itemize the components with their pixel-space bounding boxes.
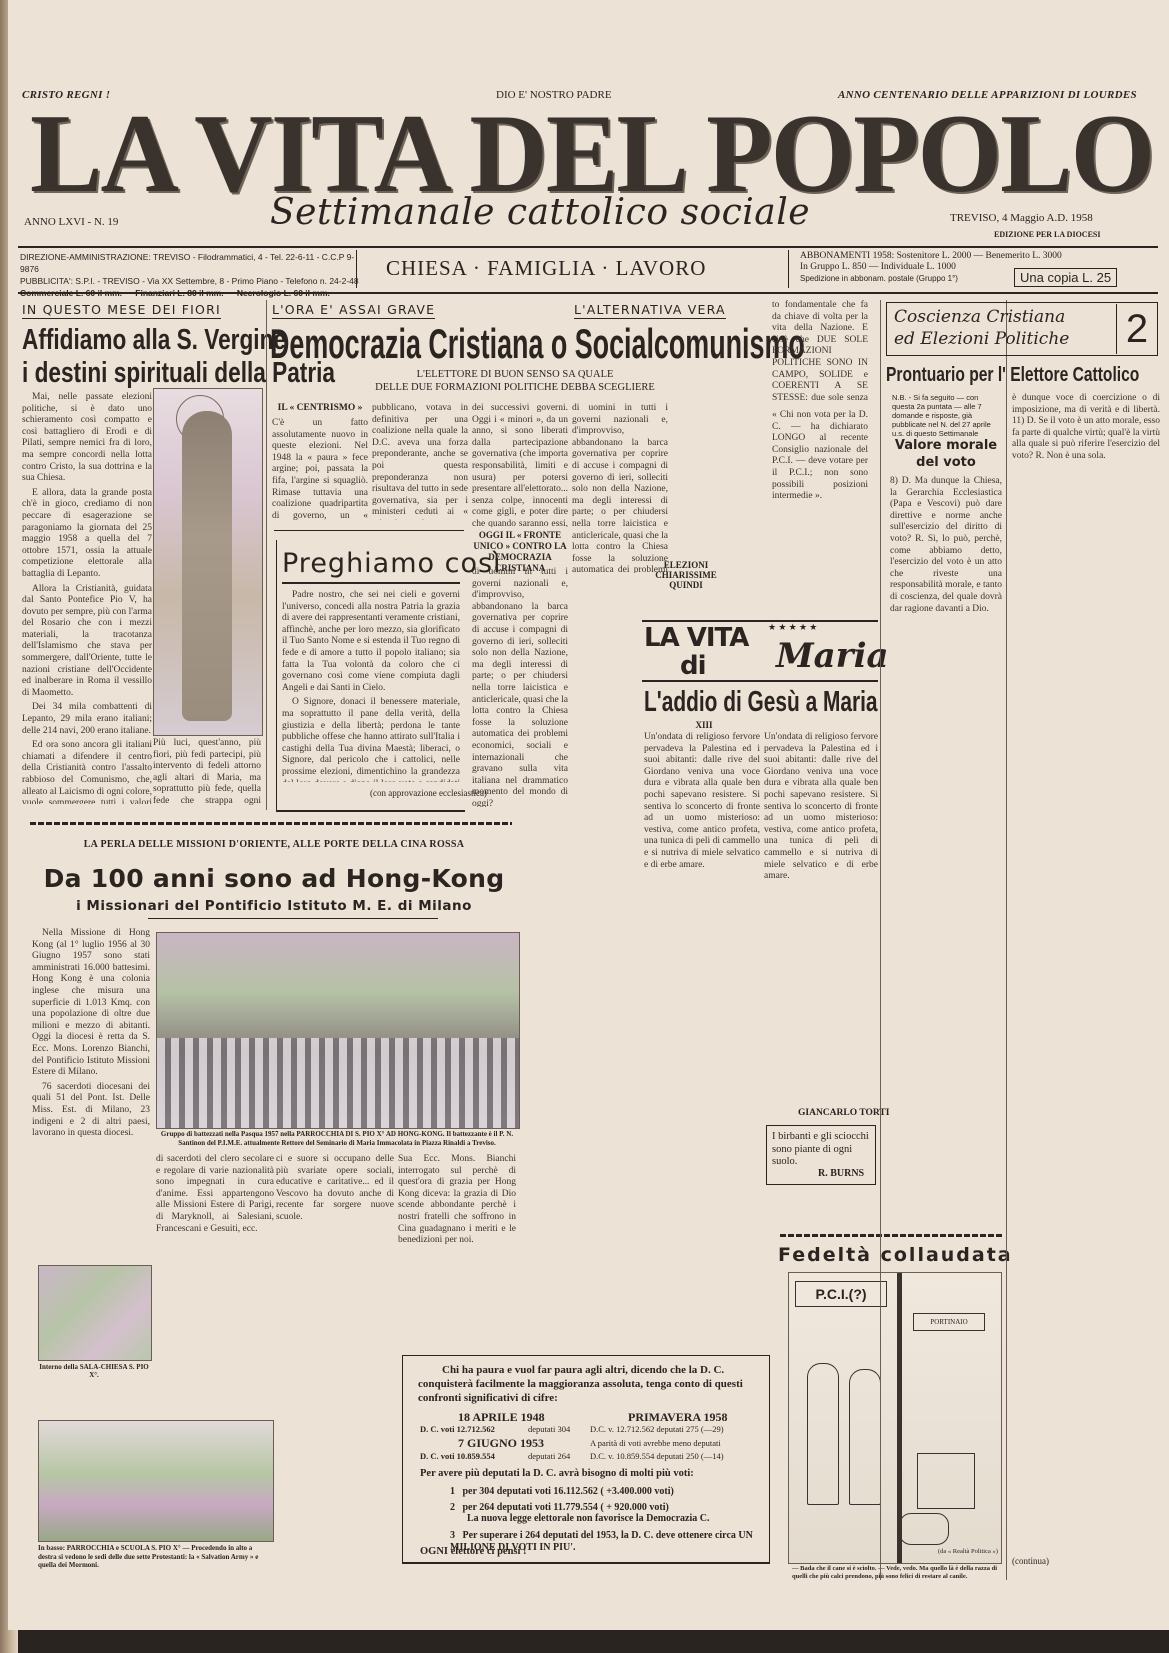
deputies-1948: deputati 304 bbox=[528, 1424, 570, 1434]
dc-col-5: to fondamentale che fa da chiave di volt… bbox=[772, 300, 868, 400]
dc-col-2: pubblicano, votava in definitiva per una… bbox=[372, 403, 468, 520]
dc-col-1: C'è un fatto assolutamente nuovo in ques… bbox=[272, 418, 368, 520]
figure-2-shape bbox=[849, 1369, 881, 1505]
quote-text: I birbanti e gli sciocchi sono piante di… bbox=[772, 1131, 870, 1169]
item-text: per 304 deputati voti 16.112.562 ( +3.40… bbox=[463, 1486, 674, 1497]
prontuario-body-right: è dunque voce di coercizione o di imposi… bbox=[1012, 393, 1160, 1553]
price-badge: Una copia L. 25 bbox=[1014, 268, 1117, 287]
baptism-group-photo bbox=[156, 932, 520, 1129]
newspaper-title: LA VITA DEL POPOLO bbox=[30, 104, 1097, 204]
vita-maria-logo-di: di bbox=[644, 652, 748, 680]
dc-1958-row-2: D.C. v. 10.859.554 deputati 250 (—14) bbox=[590, 1451, 724, 1461]
subhead-missionari: i Missionari del Pontificio Istituto M. … bbox=[24, 898, 524, 914]
dc-col-4: di uomini in tutti i governi nazionali e… bbox=[572, 403, 668, 573]
part-number: 2 bbox=[1116, 304, 1157, 354]
kicker-alternativa-vera: L'ALTERNATIVA VERA bbox=[574, 302, 726, 319]
stars-icon: ★ ★ ★ ★ ★ bbox=[768, 622, 817, 633]
dc-votes-1953: D. C. voti 10.859.554 bbox=[420, 1451, 495, 1461]
coscienza-title: Coscienza Cristiana ed Elezioni Politich… bbox=[894, 306, 1069, 350]
vita-maria-script: Maria bbox=[776, 636, 889, 676]
subhead-elezioni-chiarissime: ELEZIONI CHIARISSIME QUINDI bbox=[638, 560, 734, 590]
dc-col-3b: di uomini in tutti i governi nazionali e… bbox=[472, 567, 568, 807]
hong-kong-col-a: di sacerdoti del clero secolare e regola… bbox=[156, 1154, 274, 1334]
headline-hong-kong: Da 100 anni sono ad Hong-Kong bbox=[24, 864, 524, 893]
headline-dc-socialcomunismo: Democrazia Cristiana o Socialcomunismo bbox=[270, 320, 805, 368]
item-number: 1 bbox=[450, 1486, 455, 1497]
election-item-1: 1 per 304 deputati voti 16.112.562 ( +3.… bbox=[450, 1486, 674, 1497]
subs-line-1: ABBONAMENTI 1958: Sostenitore L. 2000 — … bbox=[800, 251, 1160, 262]
more-votes-needed: Per avere più deputati la D. C. avrà bis… bbox=[420, 1468, 694, 1479]
admin-address: DIREZIONE-AMMINISTRAZIONE: TREVISO - Fil… bbox=[20, 251, 360, 275]
prayer-title: Preghiamo così bbox=[282, 548, 502, 579]
prayer-approval: (con approvazione ecclesiastica) bbox=[370, 788, 487, 798]
school-building-photo bbox=[38, 1420, 274, 1542]
dc-col-5b: « Chi non vota per la D. C. — ha dichiar… bbox=[772, 410, 868, 570]
chapter-number: XIII bbox=[644, 720, 764, 730]
dc-deck: L'ELETTORE DI BUON SENSO SA QUALE DELLE … bbox=[272, 368, 758, 394]
subhead-valore-morale: Valore morale del voto bbox=[888, 437, 1004, 471]
vita-maria-body-2: Un'ondata di religioso fervore pervadeva… bbox=[764, 732, 878, 1092]
vita-maria-body-1: Un'ondata di religioso fervore pervadeva… bbox=[644, 732, 760, 1212]
headline-addio-gesu: L'addio di Gesù a Maria bbox=[644, 686, 878, 719]
election-intro: Chi ha paura e vuol far paura agli altri… bbox=[418, 1363, 758, 1405]
dc-deck-line-2: DELLE DUE FORMAZIONI POLITICHE DEBBA SCE… bbox=[272, 381, 758, 394]
school-caption: In basso: PARROCCHIA e SCUOLA S. PIO X° … bbox=[38, 1544, 272, 1570]
quote-author: R. BURNS bbox=[818, 1168, 864, 1179]
election-closing: OGNI elettore ci pensi ! bbox=[420, 1546, 527, 1557]
ads-address: PUBBLICITA': S.P.I. - TREVISO - Via XX S… bbox=[20, 275, 360, 287]
kicker-perla-missioni: LA PERLA DELLE MISSIONI D'ORIENTE, ALLE … bbox=[24, 839, 524, 850]
issue-number: ANNO LXVI - N. 19 bbox=[24, 216, 118, 228]
dc-votes-1948: D. C. voti 12.712.562 bbox=[420, 1424, 495, 1434]
hong-kong-col-c: Sua Ecc. Mons. Bianchi interrogato sul p… bbox=[398, 1154, 516, 1334]
continua-label: (continua) bbox=[1012, 1556, 1049, 1566]
item-subtext: La nuova legge elettorale non favorisce … bbox=[450, 1513, 760, 1524]
election-item-2: 2 per 264 deputati voti 11.779.554 ( + 9… bbox=[450, 1502, 760, 1524]
issue-date: TREVISO, 4 Maggio A.D. 1958 bbox=[950, 212, 1093, 224]
byline-torti: GIANCARLO TORTI bbox=[798, 1108, 889, 1118]
baptism-photo-caption: Gruppo di battezzati nella Pasqua 1957 n… bbox=[156, 1130, 518, 1147]
kicker-mese-fiori: IN QUESTO MESE DEI FIORI bbox=[22, 302, 221, 319]
deputies-1953: deputati 264 bbox=[528, 1451, 570, 1461]
subhead-centrismo: IL « CENTRISMO » bbox=[272, 403, 368, 413]
headline-vergine-1: Affidiamo alla S. Vergine bbox=[22, 324, 286, 357]
vita-maria-logo-line1: LA VITA bbox=[644, 624, 748, 652]
headline-prontuario: Prontuario per l' Elettore Cattolico bbox=[886, 364, 1139, 387]
article-vergine-body: Mai, nelle passate elezioni politiche, s… bbox=[22, 392, 152, 804]
pci-sign: P.C.I.(?) bbox=[795, 1281, 887, 1307]
kicker-ora-grave: L'ORA E' ASSAI GRAVE bbox=[272, 302, 435, 319]
vita-maria-logo: LA VITA di bbox=[644, 624, 748, 680]
motto-chiesa-famiglia-lavoro: CHIESA · FAMIGLIA · LAVORO bbox=[386, 256, 706, 281]
year-1948: 18 APRILE 1948 bbox=[458, 1410, 545, 1425]
church-interior-photo bbox=[38, 1265, 152, 1361]
parity-note: A parità di voti avrebbe meno deputati bbox=[590, 1438, 721, 1448]
item-text: per 264 deputati voti 11.779.554 ( + 920… bbox=[463, 1502, 669, 1513]
wavy-divider bbox=[30, 822, 512, 825]
group-rows bbox=[157, 1038, 519, 1128]
statue-shape bbox=[182, 411, 232, 721]
edition-label: EDIZIONE PER LA DIOCESI bbox=[994, 230, 1100, 239]
madonna-statue-photo bbox=[153, 388, 263, 736]
dc-col-3: dei successivi governi. Oggi i « minori … bbox=[472, 403, 568, 527]
year-1953: 7 GIUGNO 1953 bbox=[458, 1436, 544, 1451]
dc-deck-line-1: L'ELETTORE DI BUON SENSO SA QUALE bbox=[272, 368, 758, 381]
hong-kong-col-b: ci e suore si occupano delle più svariat… bbox=[276, 1154, 394, 1334]
item-number: 2 bbox=[450, 1502, 455, 1513]
dc-1958-row-1: D.C. v. 12.712.562 deputati 275 (—29) bbox=[590, 1424, 724, 1434]
coscienza-title-line1: Coscienza Cristiana bbox=[894, 306, 1069, 328]
prontuario-body-left: 8) D. Ma dunque la Chiesa, la Gerarchia … bbox=[890, 476, 1002, 1576]
newspaper-page: CRISTO REGNI ! DIO E' NOSTRO PADRE ANNO … bbox=[8, 0, 1169, 1630]
coscienza-title-line2: ed Elezioni Politiche bbox=[894, 328, 1069, 350]
prayer-body: Padre nostro, che sei nei cieli e govern… bbox=[282, 590, 460, 782]
hong-kong-body: Nella Missione di Hong Kong (al 1° lugli… bbox=[32, 928, 150, 1264]
madonna-caption: Più luci, quest'anno, più fiori, più fed… bbox=[153, 738, 261, 808]
item-number: 3 bbox=[450, 1530, 455, 1541]
newspaper-subtitle: Settimanale cattolico sociale bbox=[270, 192, 810, 233]
prontuario-note: N.B. - Si fa seguito — con questa 2a pun… bbox=[892, 393, 1000, 438]
church-interior-caption: Interno della SALA-CHIESA S. PIO X°. bbox=[38, 1363, 150, 1379]
figure-1-shape bbox=[807, 1363, 839, 1505]
year-1958: PRIMAVERA 1958 bbox=[628, 1410, 727, 1425]
